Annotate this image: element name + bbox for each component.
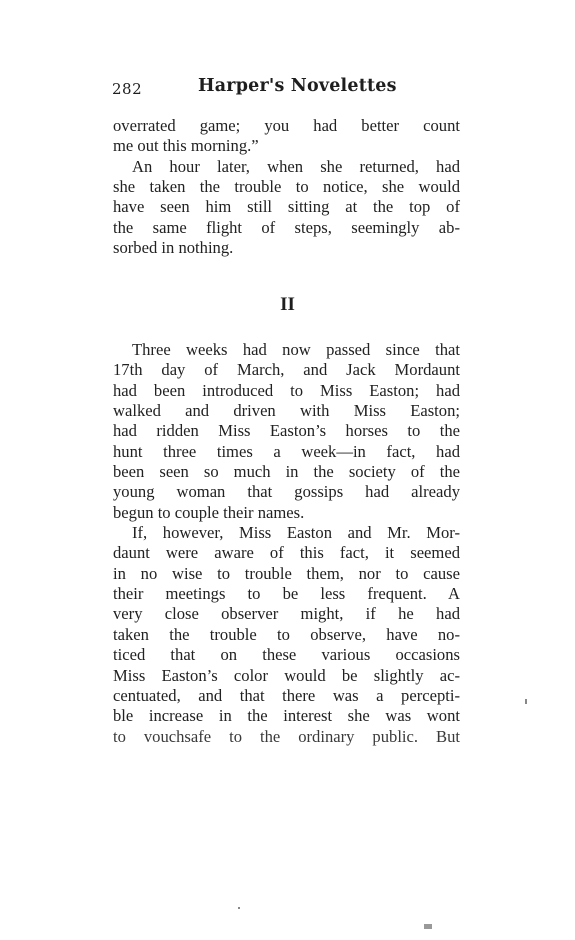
scan-speck: [238, 907, 240, 909]
text-line: 17th day of March, and Jack Mordaunt: [113, 360, 460, 380]
text-line: Miss Easton’s color would be slightly ac…: [113, 666, 460, 686]
text-line: had been introduced to Miss Easton; had: [113, 381, 460, 401]
text-line: If, however, Miss Easton and Mr. Mor-: [113, 523, 460, 543]
text-line: very close observer might, if he had: [113, 604, 460, 624]
text-line: to vouchsafe to the ordinary public. But: [113, 727, 460, 747]
book-title: Harper's Novelettes: [198, 76, 397, 96]
text-line: centuated, and that there was a percepti…: [113, 686, 460, 706]
section-heading: II: [0, 294, 575, 316]
text-line: taken the trouble to observe, have no-: [113, 625, 460, 645]
text-line: daunt were aware of this fact, it seemed: [113, 543, 460, 563]
text-line: overrated game; you had better count: [113, 116, 460, 136]
text-line: young woman that gossips had already: [113, 482, 460, 502]
text-line: their meetings to be less frequent. A: [113, 584, 460, 604]
scan-speck: [525, 699, 527, 704]
scan-speck: [424, 924, 432, 929]
running-head: 282 Harper's Novelettes: [112, 76, 462, 102]
text-line: she taken the trouble to notice, she wou…: [113, 177, 460, 197]
text-line: sorbed in nothing.: [113, 238, 460, 258]
text-line: have seen him still sitting at the top o…: [113, 197, 460, 217]
paragraph-block-1: overrated game; you had better count me …: [113, 116, 460, 258]
text-line: in no wise to trouble them, nor to cause: [113, 564, 460, 584]
text-line: been seen so much in the society of the: [113, 462, 460, 482]
text-line: hunt three times a week—in fact, had: [113, 442, 460, 462]
book-page: 282 Harper's Novelettes overrated game; …: [0, 0, 575, 940]
text-line: had ridden Miss Easton’s horses to the: [113, 421, 460, 441]
text-line: me out this morning.”: [113, 136, 460, 156]
text-line: begun to couple their names.: [113, 503, 460, 523]
paragraph-block-2: Three weeks had now passed since that 17…: [113, 340, 460, 747]
text-line: walked and driven with Miss Easton;: [113, 401, 460, 421]
text-line: An hour later, when she returned, had: [113, 157, 460, 177]
page-number: 282: [112, 80, 142, 98]
text-line: ticed that on these various occasions: [113, 645, 460, 665]
text-line: Three weeks had now passed since that: [113, 340, 460, 360]
text-line: the same flight of steps, seemingly ab-: [113, 218, 460, 238]
text-line: ble increase in the interest she was won…: [113, 706, 460, 726]
